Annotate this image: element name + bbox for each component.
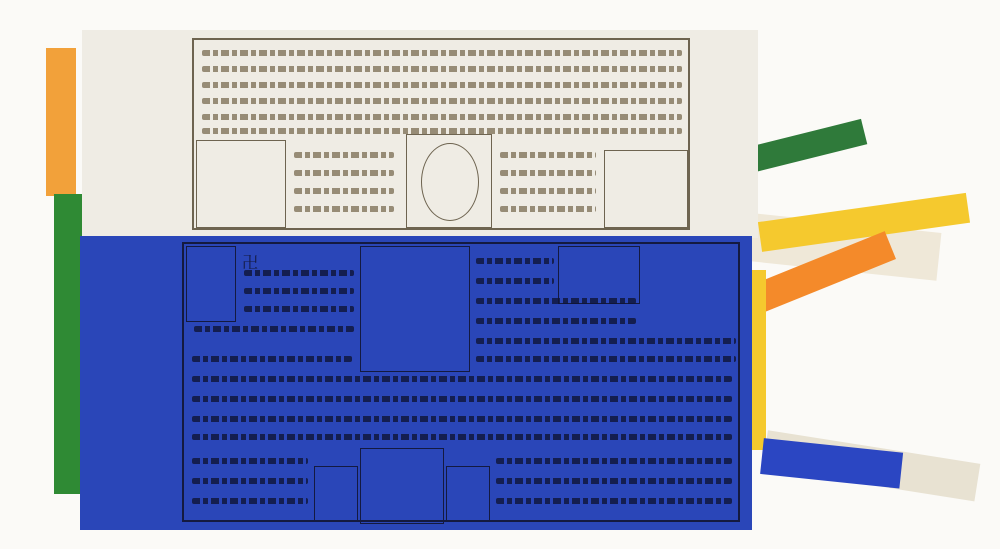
- white-flag-print-area: [192, 38, 690, 230]
- stupa-panel: [360, 246, 470, 372]
- wind-horse-panel: [360, 448, 444, 524]
- garuda-motif-panel: [604, 150, 688, 228]
- magic-square-right: [446, 466, 490, 522]
- horse-rider-panel: [186, 246, 236, 322]
- tiger-motif-panel: [196, 140, 286, 228]
- blue-prayer-flag: 卍: [80, 236, 752, 530]
- white-prayer-flag: [82, 30, 758, 238]
- galloping-horse-panel: [558, 246, 640, 304]
- photo-scene: 卍: [0, 0, 1000, 549]
- blue-flag-print-area: 卍: [182, 242, 740, 522]
- blue-streamer: [760, 438, 903, 488]
- orange-side-strip: [46, 48, 76, 196]
- buddha-motif-panel: [406, 134, 492, 228]
- magic-square-left: [314, 466, 358, 522]
